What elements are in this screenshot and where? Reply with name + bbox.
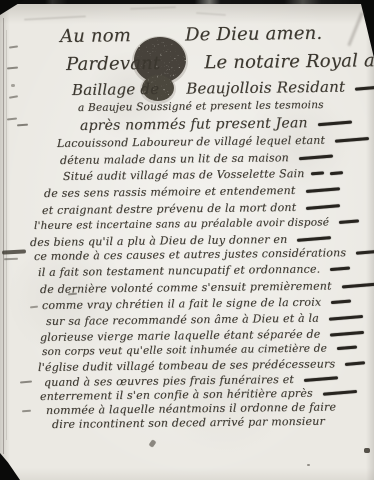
manuscript-line-text: l'heure est incertaine sans au préalable… xyxy=(34,216,329,232)
line-filler-dash xyxy=(329,171,342,175)
blot-gap xyxy=(131,40,185,41)
manuscript-line: après nommés fut present Jean xyxy=(80,115,352,134)
manuscript-line: glorieuse vierge marie laquelle étant sé… xyxy=(40,327,365,344)
manuscript-line-text: l'église dudit villagé tombeau de ses pr… xyxy=(38,357,335,374)
line-filler-dash xyxy=(306,204,340,210)
manuscript-line: l'église dudit villagé tombeau de ses pr… xyxy=(38,357,365,374)
manuscript-line-text: De Dieu amen. xyxy=(185,23,323,46)
manuscript-line-text: de dernière volonté comme s'ensuit premi… xyxy=(40,279,332,296)
line-filler-dash xyxy=(304,376,338,382)
manuscript-line-text: et craignant destre prévenu de la mort d… xyxy=(42,201,296,217)
manuscript-line-text: son corps veut qu'elle soit inhumée au c… xyxy=(42,343,327,358)
manuscript-line: de dernière volonté comme s'ensuit premi… xyxy=(40,279,374,296)
manuscript-line-text: Le notaire Royal au xyxy=(204,50,374,73)
manuscript-line-text: Beaujollois Residant xyxy=(186,78,345,98)
line-filler-dash xyxy=(355,85,374,91)
manuscript-line-text: Baillage de xyxy=(72,80,159,99)
manuscript-line-text: après nommés fut present Jean xyxy=(80,115,308,134)
blot-gap xyxy=(160,68,204,69)
manuscript-line-text: Au nom xyxy=(60,25,131,47)
manuscript-line: sur sa face recommandé son âme à Dieu et… xyxy=(46,311,363,328)
manuscript-line-text: glorieuse vierge marie laquelle étant sé… xyxy=(40,328,321,344)
manuscript-line-text: de ses sens rassis mémoire et entendemen… xyxy=(44,184,296,200)
manuscript-line-text: Lacouissond Laboureur de villagé lequel … xyxy=(57,134,325,150)
manuscript-line: l'heure est incertaine sans au préalable… xyxy=(34,216,359,232)
manuscript-text: Au nomDe Dieu amen.PardevantLe notaire R… xyxy=(0,0,374,480)
manuscript-scan-page: Au nomDe Dieu amen.PardevantLe notaire R… xyxy=(0,0,374,480)
manuscript-line: a Beaujeu Soussigné et present les tesmo… xyxy=(78,99,324,114)
manuscript-line: PardevantLe notaire Royal au xyxy=(66,50,374,75)
manuscript-line: dire incontinent son deced arrivé par mo… xyxy=(52,415,325,431)
manuscript-line: Baillage deBeaujollois Residant xyxy=(72,77,374,99)
manuscript-line: et craignant destre prévenu de la mort d… xyxy=(42,200,340,217)
manuscript-line-text: dire incontinent son deced arrivé par mo… xyxy=(52,415,325,431)
line-filler-dash xyxy=(330,266,350,271)
line-filler-dash xyxy=(337,345,357,350)
line-filler-dash xyxy=(356,250,374,255)
manuscript-line-text: comme vray chrétien il a fait le signe d… xyxy=(42,296,321,312)
manuscript-line: Au nomDe Dieu amen. xyxy=(60,23,323,47)
manuscript-line: ce monde à ces causes et autres justes c… xyxy=(34,246,374,263)
line-filler-dash xyxy=(305,187,339,193)
line-filler-dash xyxy=(297,236,331,242)
manuscript-line-text: détenu malade dans un lit de sa maison xyxy=(60,151,289,167)
manuscript-line: détenu malade dans un lit de sa maison xyxy=(60,151,333,167)
line-filler-dash xyxy=(345,361,365,366)
manuscript-line-text: ce monde à ces causes et autres justes c… xyxy=(34,246,346,263)
manuscript-line: de ses sens rassis mémoire et entendemen… xyxy=(44,183,340,200)
manuscript-line-text: a Beaujeu Soussigné et present les tesmo… xyxy=(78,99,324,114)
line-filler-dash xyxy=(342,283,374,289)
line-filler-dash xyxy=(329,315,363,321)
line-filler-dash xyxy=(339,219,359,224)
line-filler-dash xyxy=(299,154,333,160)
manuscript-line-text: sur sa face recommandé son âme à Dieu et… xyxy=(46,312,319,328)
manuscript-line-text: Situé audit villagé mas de Vosselette Sa… xyxy=(63,167,305,183)
manuscript-line: Situé audit villagé mas de Vosselette Sa… xyxy=(63,167,343,183)
line-filler-dash xyxy=(310,171,323,175)
manuscript-line-text: il a fait son testament nuncupatif et or… xyxy=(38,263,320,279)
line-filler-dash xyxy=(330,331,364,337)
manuscript-line-text: Pardevant xyxy=(66,53,161,75)
line-filler-dash xyxy=(323,390,357,396)
line-filler-dash xyxy=(331,300,351,305)
manuscript-line: Lacouissond Laboureur de villagé lequel … xyxy=(57,133,369,150)
line-filler-dash xyxy=(335,137,369,143)
manuscript-line: comme vray chrétien il a fait le signe d… xyxy=(42,295,351,312)
manuscript-line: son corps veut qu'elle soit inhumée au c… xyxy=(42,342,357,358)
line-filler-dash xyxy=(318,121,352,127)
manuscript-line: il a fait son testament nuncupatif et or… xyxy=(38,262,350,279)
